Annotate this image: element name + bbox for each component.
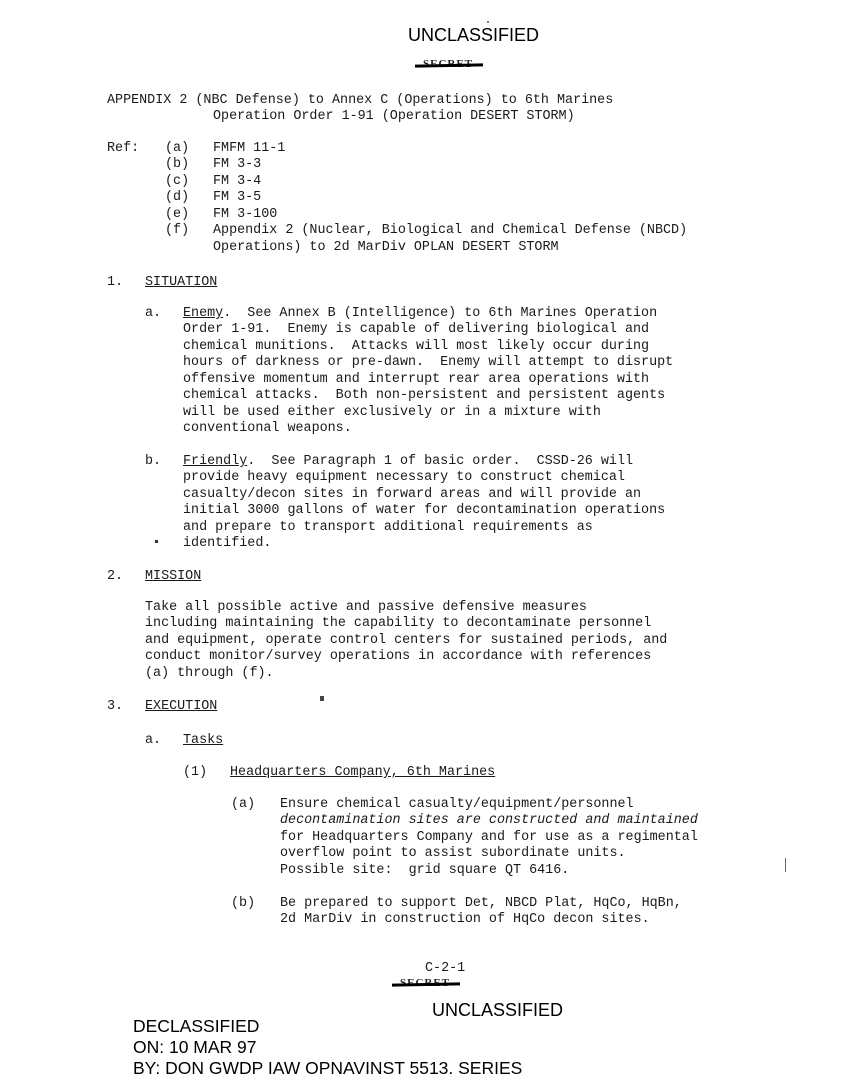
reference-text: FM 3-5 [213,190,261,207]
item-key: (b) [231,896,255,913]
item-line: overflow point to assist subordinate uni… [280,846,626,863]
reference-text: FM 3-3 [213,157,261,174]
paragraph-line: conventional weapons. [183,421,352,438]
reference-key: (f) [165,223,189,240]
item-line: Ensure chemical casualty/equipment/perso… [280,797,634,814]
reference-key: (d) [165,190,189,207]
paragraph-line: and equipment, operate control centers f… [145,633,667,650]
scan-speck [785,858,786,872]
footer-struck-secret-marking: SECRET [400,977,450,989]
item-key: (a) [231,797,255,814]
document-title-line2: Operation Order 1-91 (Operation DESERT S… [213,109,575,126]
paragraph-line: Take all possible active and passive def… [145,600,587,617]
reference-text: FM 3-4 [213,174,261,191]
footer-classification: UNCLASSIFIED [432,1000,563,1021]
reference-text: FM 3-100 [213,207,277,224]
references-label: Ref: [107,141,139,158]
reference-key: (a) [165,141,189,158]
item-line: for Headquarters Company and for use as … [280,830,698,847]
declassified-date: ON: 10 MAR 97 [133,1037,257,1058]
paragraph-key: a. [145,733,161,750]
paragraph-line: casualty/decon sites in forward areas an… [183,487,641,504]
section-number: 3. [107,699,123,716]
reference-text: Appendix 2 (Nuclear, Biological and Chem… [213,223,687,240]
reference-text: FMFM 11-1 [213,141,285,158]
document-title-line1: APPENDIX 2 (NBC Defense) to Annex C (Ope… [107,93,613,110]
paragraph-line: identified. [183,536,271,553]
paragraph-line: conduct monitor/survey operations in acc… [145,649,651,666]
paragraph-line: offensive momentum and interrupt rear ar… [183,372,649,389]
paragraph-line: hours of darkness or pre-dawn. Enemy wil… [183,355,673,372]
paragraph-title-enemy: Enemy [183,306,223,321]
section-number: 2. [107,569,123,586]
paragraph-line: provide heavy equipment necessary to con… [183,470,625,487]
page-number: C-2-1 [425,961,465,978]
paragraph-key: a. [145,306,161,323]
paragraph-line: including maintaining the capability to … [145,616,651,633]
item-line: decontamination sites are constructed an… [280,813,698,830]
reference-text-continued: Operations) to 2d MarDiv OPLAN DESERT ST… [213,240,559,257]
header-struck-secret-marking: SECRET [423,58,473,70]
paragraph-line: chemical munitions. Attacks will most li… [183,339,649,356]
declassified-stamp: DECLASSIFIED [133,1016,259,1037]
item-line: Possible site: grid square QT 6416. [280,863,569,880]
paragraph-title-friendly: Friendly [183,454,247,469]
header-classification: UNCLASSIFIED [408,25,539,46]
paragraph-title-tasks: Tasks [183,733,223,750]
scan-speck [155,540,158,543]
reference-key: (c) [165,174,189,191]
paragraph-enemy: Enemy. See Annex B (Intelligence) to 6th… [183,306,657,323]
paragraph-line: chemical attacks. Both non-persistent an… [183,388,665,405]
section-number: 1. [107,275,123,292]
declassified-authority: BY: DON GWDP IAW OPNAVINST 5513. SERIES [133,1058,522,1079]
paragraph-friendly: Friendly. See Paragraph 1 of basic order… [183,454,633,471]
subparagraph-title-hq-company: Headquarters Company, 6th Marines [230,765,495,782]
reference-key: (e) [165,207,189,224]
paragraph-line: and prepare to transport additional requ… [183,520,593,537]
scan-speck [320,696,324,701]
subparagraph-key: (1) [183,765,207,782]
paragraph-line: . See Paragraph 1 of basic order. CSSD-2… [247,454,633,469]
paragraph-line: will be used either exclusively or in a … [183,405,601,422]
section-heading-mission: MISSION [145,569,201,586]
paragraph-key: b. [145,454,161,471]
reference-key: (b) [165,157,189,174]
section-heading-situation: SITUATION [145,275,217,292]
section-heading-execution: EXECUTION [145,699,217,716]
paragraph-line: Order 1-91. Enemy is capable of deliveri… [183,322,649,339]
paragraph-line: . See Annex B (Intelligence) to 6th Mari… [223,306,657,321]
paragraph-line: initial 3000 gallons of water for decont… [183,503,665,520]
paragraph-line: (a) through (f). [145,666,274,683]
item-line: Be prepared to support Det, NBCD Plat, H… [280,896,682,913]
scan-speck [487,21,489,23]
item-line: 2d MarDiv in construction of HqCo decon … [280,912,650,929]
